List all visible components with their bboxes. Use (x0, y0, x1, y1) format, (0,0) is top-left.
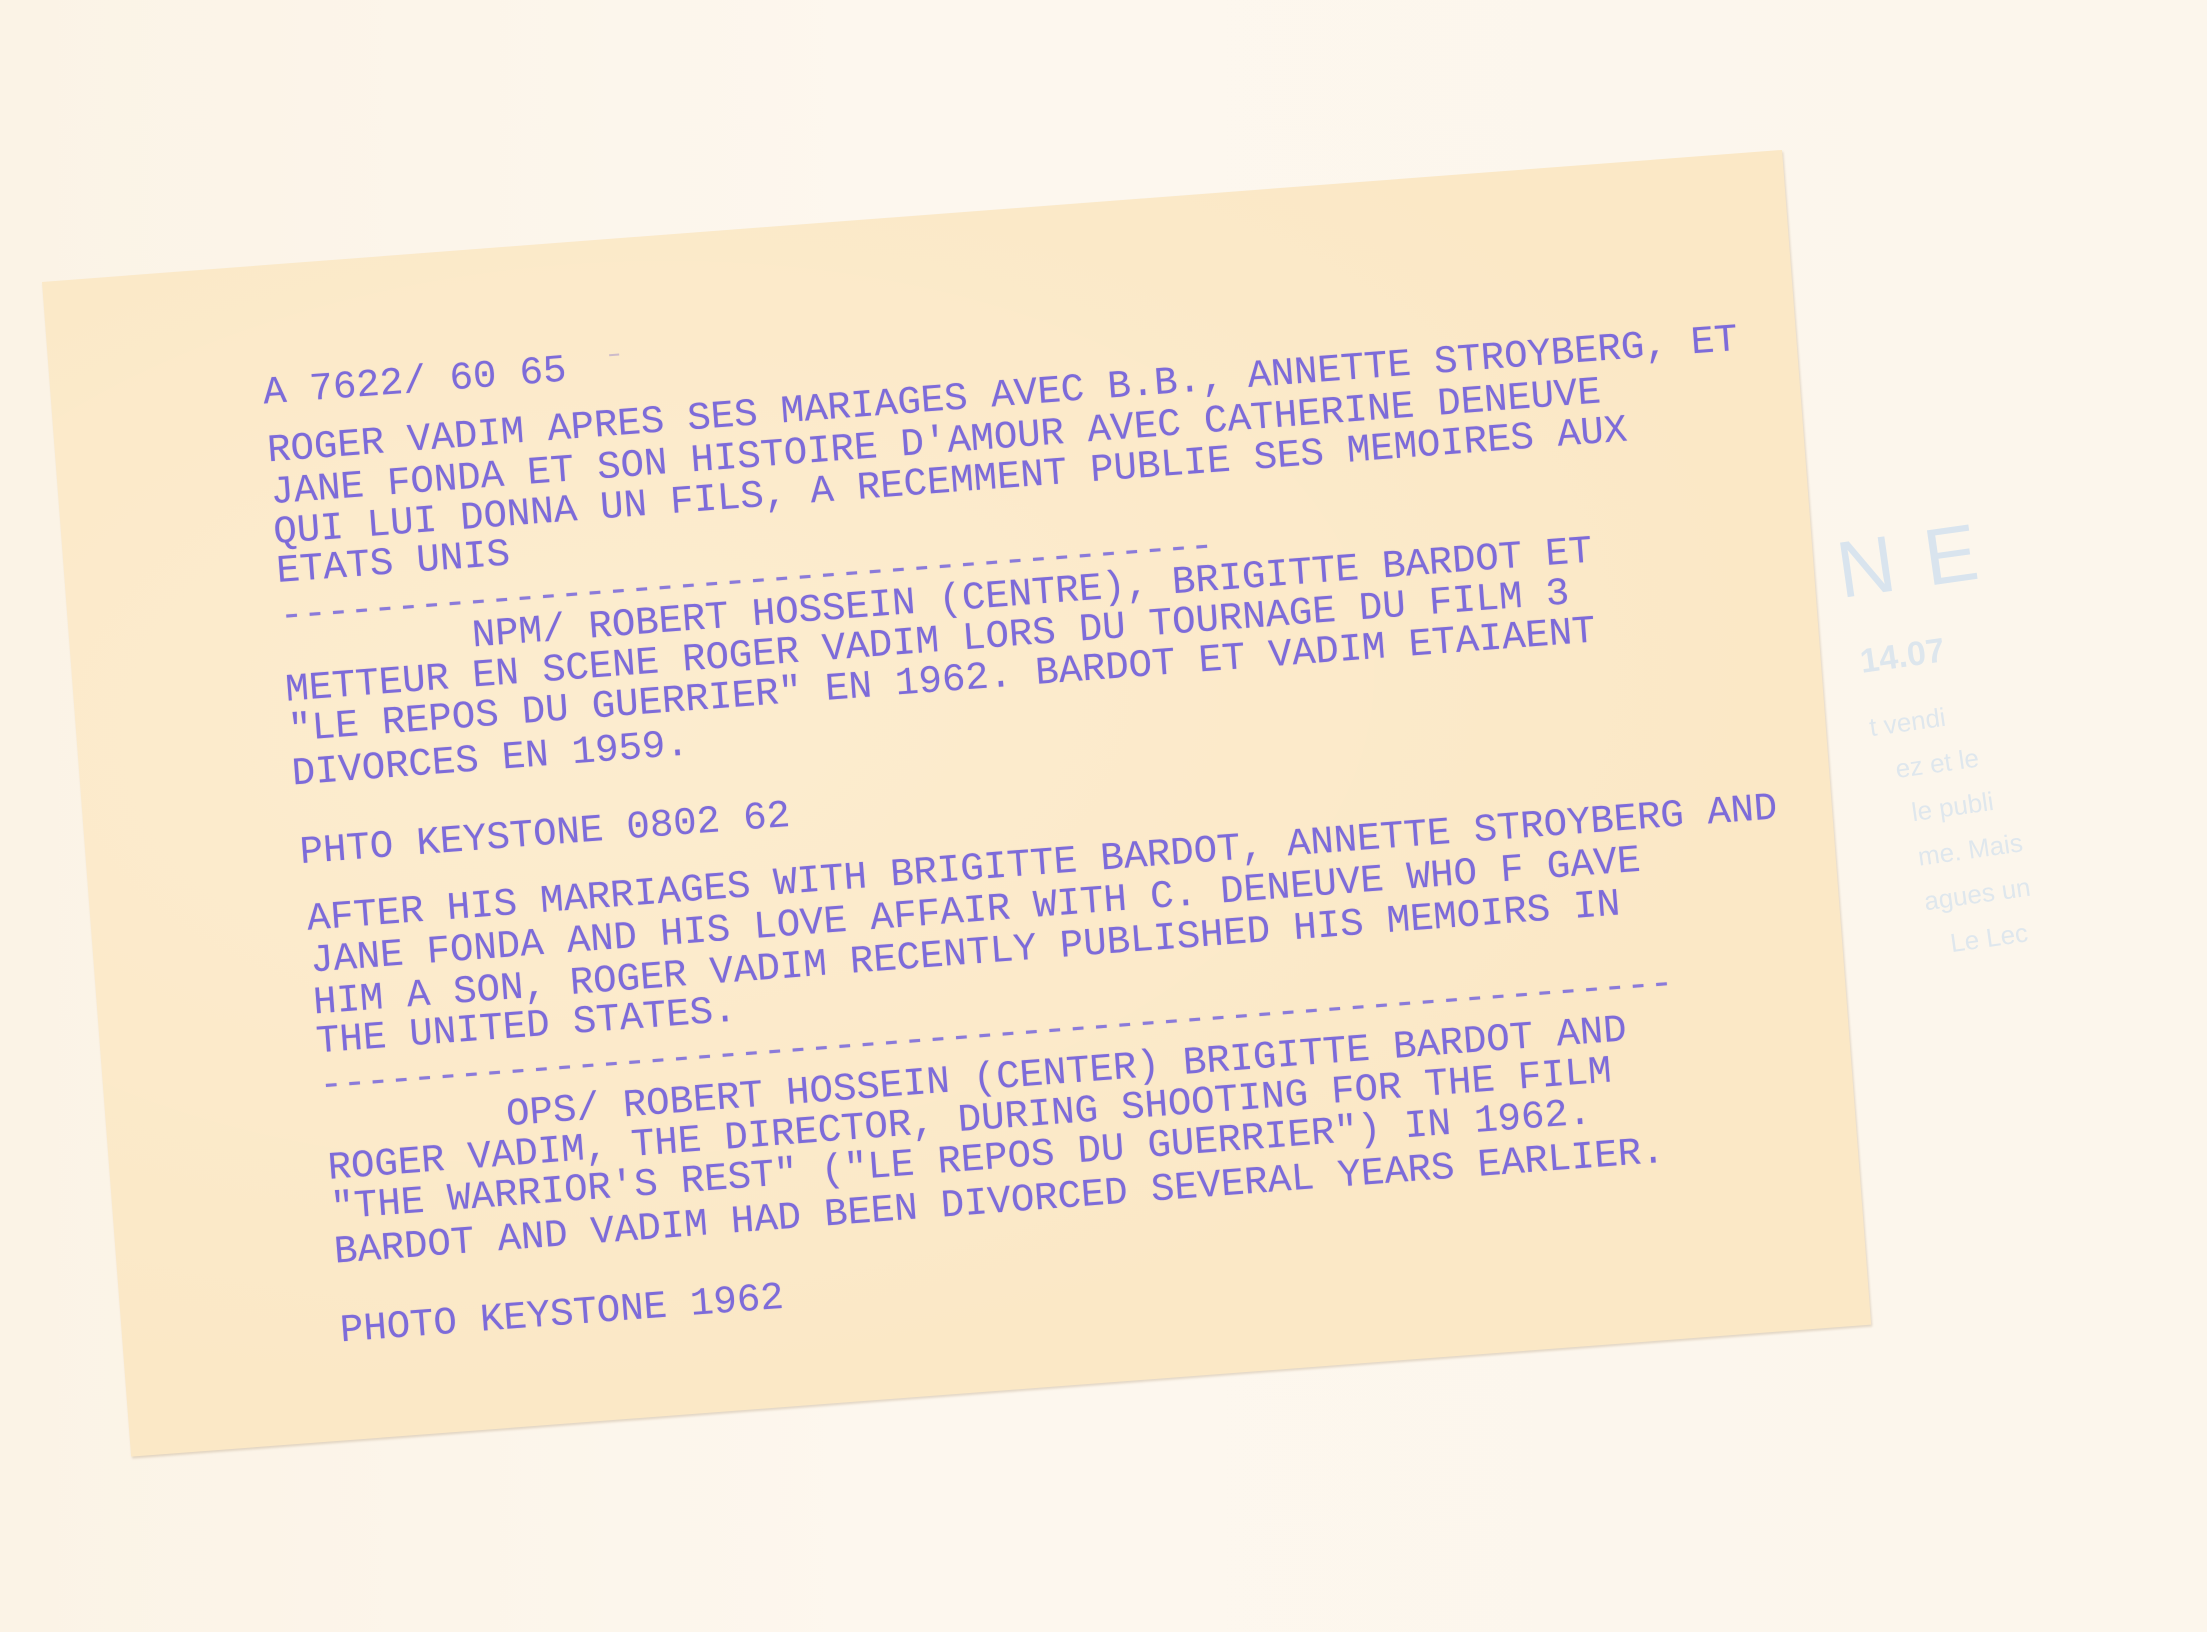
bleed-text-fragment: t vendi (1867, 702, 1947, 743)
photo-credit: PHOTO KEYSTONE 1962 (339, 1278, 785, 1352)
bleed-text-fragment: le publi (1910, 786, 1996, 828)
caption-card: A 7622/ 60 65 ROGER VADIM APRES SES MARI… (42, 150, 1871, 1457)
bleed-number-fragment: 14.07 (1858, 631, 1948, 681)
bleed-text-fragment: Le Lec (1948, 917, 2030, 959)
reference-number: A 7622/ 60 65 (262, 351, 568, 414)
bleed-heading-fragment: NE (1831, 502, 2013, 617)
bleed-text-fragment: me. Mais (1916, 827, 2025, 872)
photo-credit: PHTO KEYSTONE 0802 62 (298, 796, 791, 873)
bleed-text-fragment: agues un (1922, 872, 2032, 918)
bleed-text-fragment: ez et le (1894, 743, 1981, 785)
paper-speck (609, 354, 619, 357)
